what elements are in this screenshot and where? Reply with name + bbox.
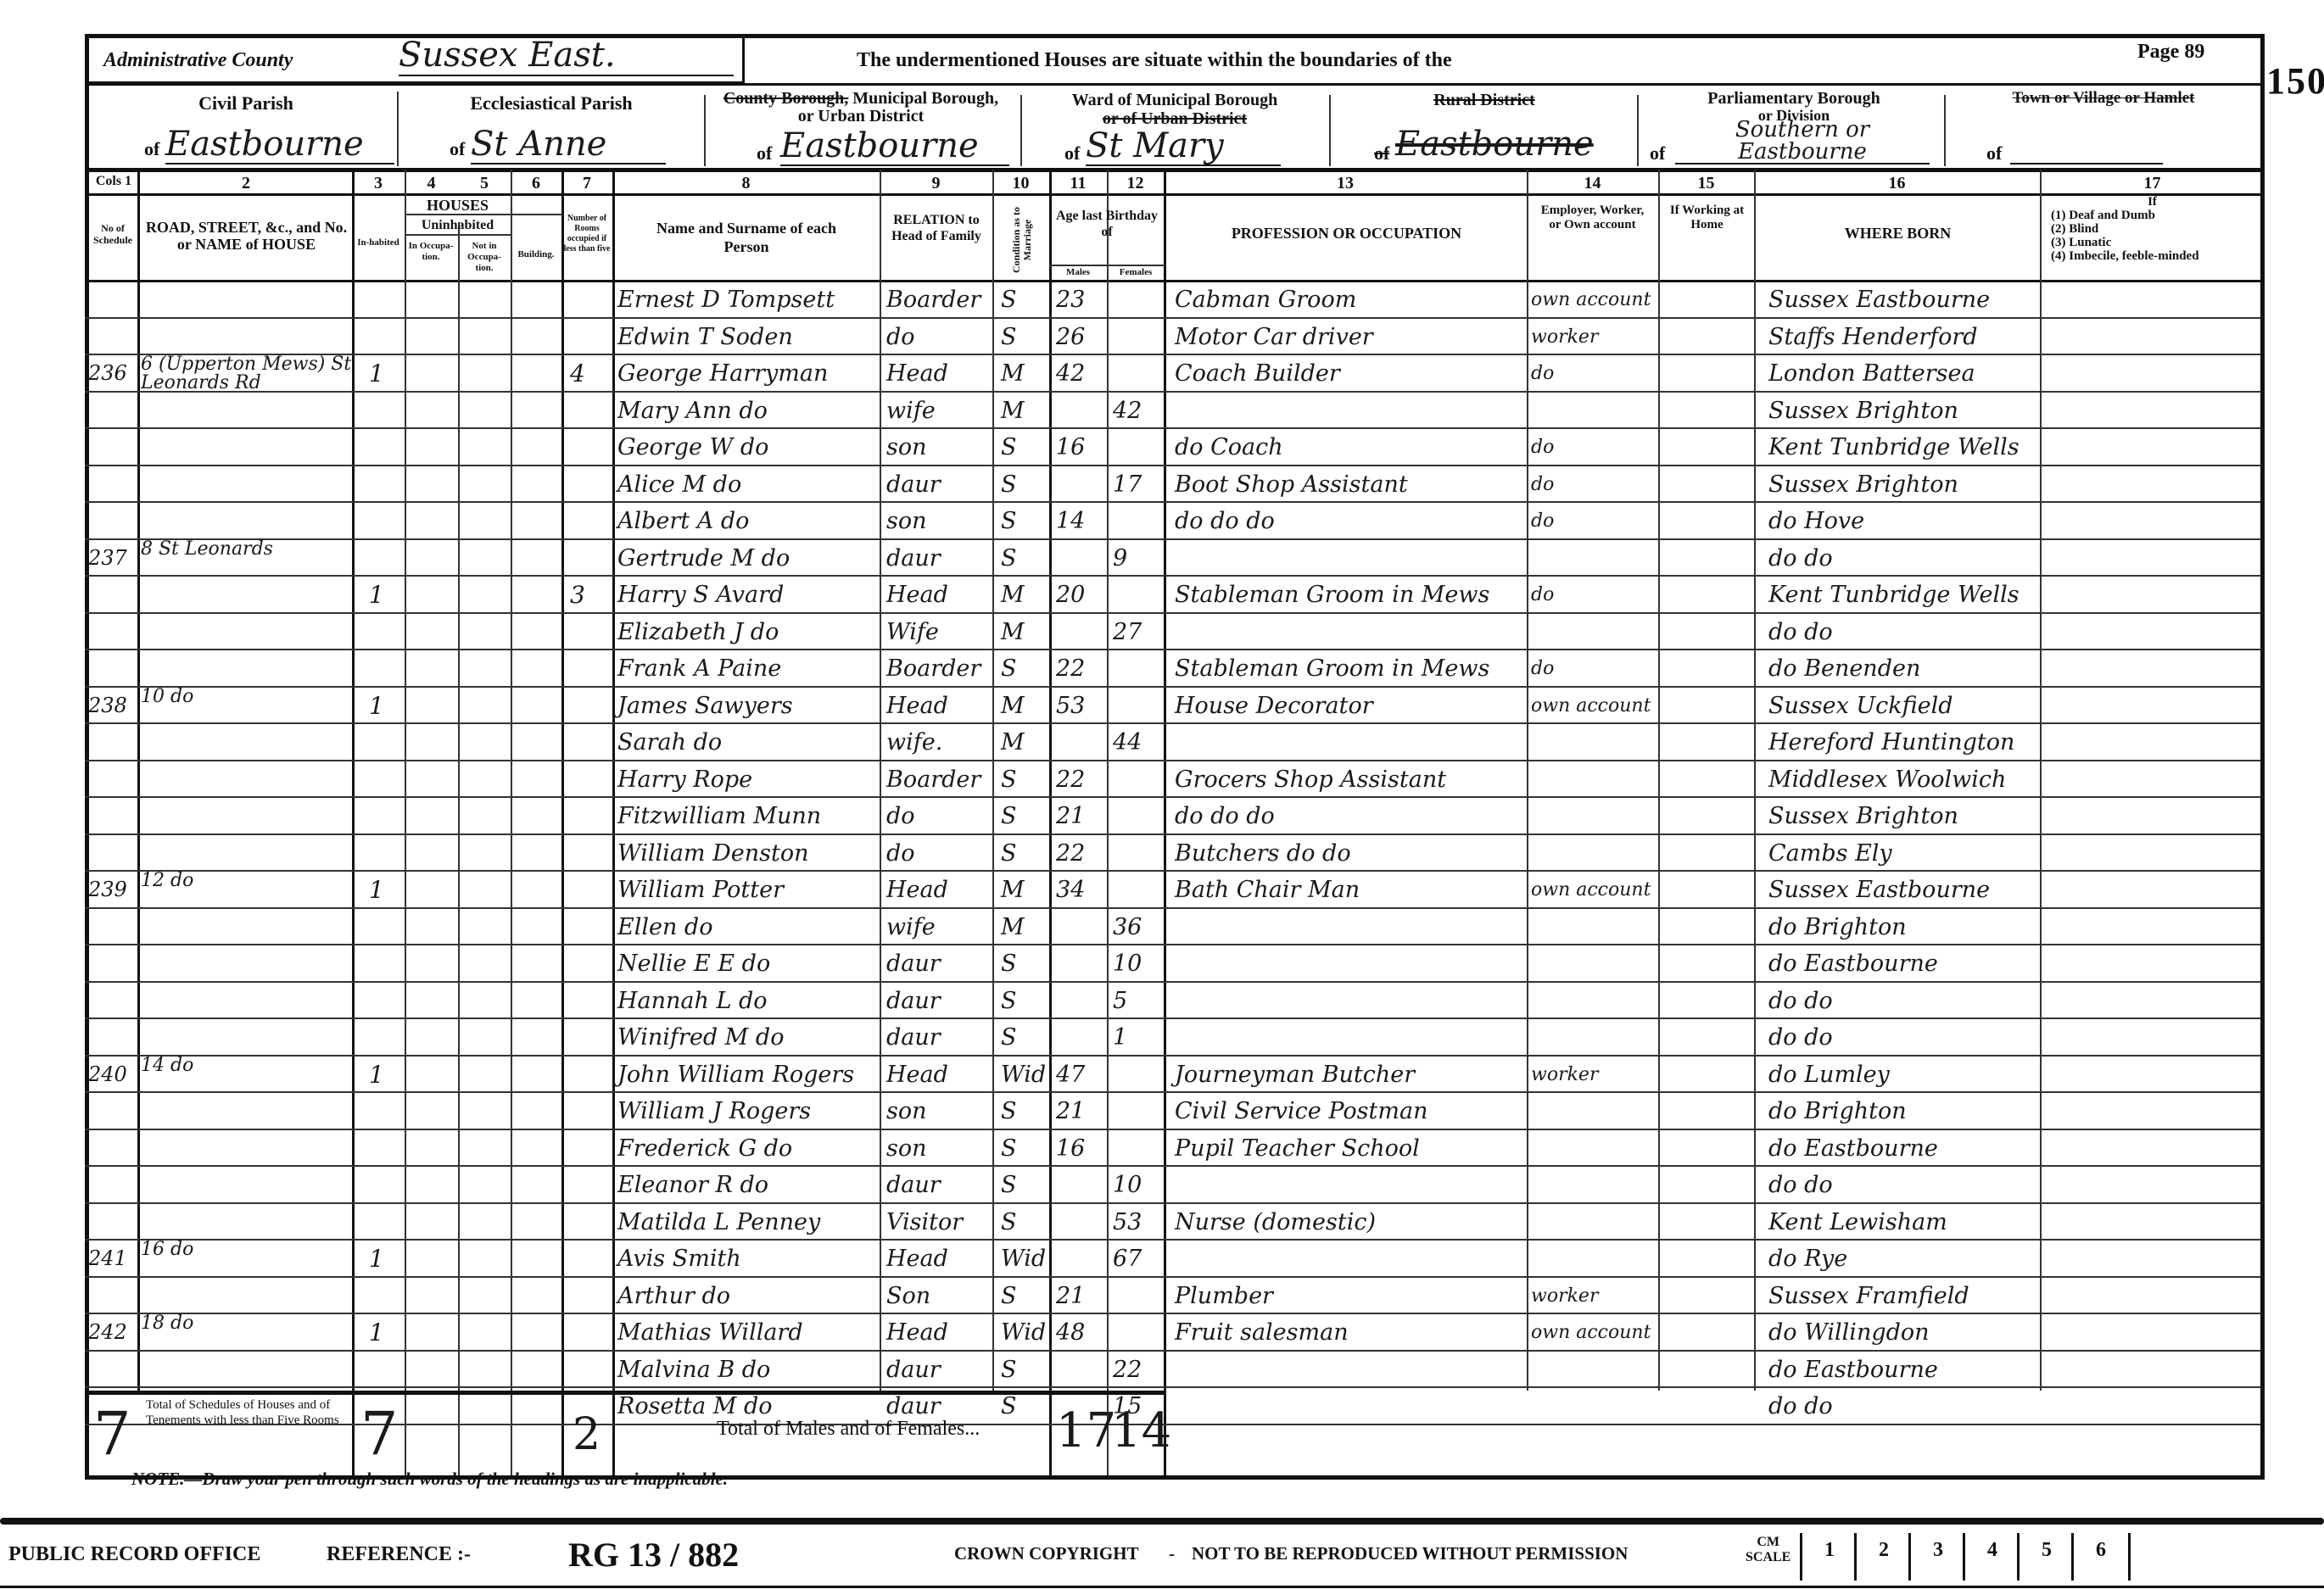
age-male (1056, 724, 1107, 761)
employment-status: worker (1531, 1278, 1658, 1315)
age-male: 21 (1056, 1093, 1107, 1130)
schedule-number: 238 (88, 688, 137, 725)
marital-condition: Wid (1001, 1057, 1052, 1094)
rural-district-label: Rural District (1340, 90, 1628, 110)
age-male: 47 (1056, 1057, 1107, 1094)
inhabited-count (369, 650, 403, 688)
address (141, 945, 353, 983)
inhabited-count: 1 (369, 872, 403, 909)
birthplace: Kent Tunbridge Wells (1768, 429, 2048, 466)
occupation: do do do (1175, 503, 1531, 540)
table-row: Winifred M dodaurS1do do (85, 1019, 2265, 1057)
table-row: Eleanor R dodaurS10do do (85, 1167, 2265, 1204)
person-name: Nellie E E do (617, 945, 880, 983)
inhabited-count (369, 1130, 403, 1168)
rooms-count (570, 909, 612, 946)
rooms-count (570, 393, 612, 430)
person-name: Edwin T Soden (617, 319, 880, 356)
age-male (1056, 945, 1107, 983)
col-head-males: Males (1050, 266, 1106, 278)
marital-condition: S (1001, 429, 1052, 466)
birthplace: Sussex Brighton (1768, 393, 2048, 430)
marital-condition: M (1001, 393, 1052, 430)
schedule-number (88, 1352, 137, 1389)
employment-status (1531, 761, 1658, 799)
marital-condition: S (1001, 540, 1052, 577)
col-head-relation: RELATION to Head of Family (882, 212, 991, 244)
rooms-count (570, 540, 612, 577)
table-row: Albert A dosonS14do do dododo Hove (85, 503, 2265, 540)
divider (405, 234, 511, 236)
rooms-count (570, 614, 612, 651)
schedule-number: 239 (88, 872, 137, 909)
age-female: 44 (1113, 724, 1164, 761)
occupation: Butchers do do (1175, 835, 1531, 873)
table-row: Malvina B dodaurS22do Eastbourne (85, 1352, 2265, 1389)
footer-permission: NOT TO BE REPRODUCED WITHOUT PERMISSION (1192, 1543, 1628, 1564)
age-male: 22 (1056, 650, 1107, 688)
relation: Boarder (886, 282, 992, 319)
marital-condition: M (1001, 577, 1052, 614)
person-name: James Sawyers (617, 688, 880, 725)
inhabited-count (369, 1093, 403, 1130)
table-row: Hannah L dodaurS5do do (85, 983, 2265, 1020)
age-male (1056, 466, 1107, 504)
col-head-females: Females (1108, 266, 1164, 278)
age-male: 20 (1056, 577, 1107, 614)
total-males: 17 (1056, 1403, 1116, 1458)
occupation: Motor Car driver (1175, 319, 1531, 356)
employment-status: own account (1531, 282, 1658, 319)
schedule-number (88, 1130, 137, 1168)
rooms-count (570, 798, 612, 835)
table-row: Ellen dowifeM36do Brighton (85, 909, 2265, 946)
occupation (1175, 1388, 1531, 1425)
total-inhabited: 7 (360, 1399, 399, 1469)
schedule-number: 237 (88, 540, 137, 577)
relation: Head (886, 688, 992, 725)
inhabited-count (369, 909, 403, 946)
infirmity-deaf: (1) Deaf and Dumb (2051, 209, 2263, 222)
age-female: 42 (1113, 393, 1164, 430)
schedule-number (88, 835, 137, 873)
age-female: 22 (1113, 1352, 1164, 1389)
col-number: 16 (1754, 174, 2040, 193)
occupation: Plumber (1175, 1278, 1531, 1315)
address (141, 393, 353, 430)
schedule-number (88, 909, 137, 946)
rural-district-prefix: of (1374, 142, 1389, 164)
age-male: 34 (1056, 872, 1107, 909)
rooms-count (570, 282, 612, 319)
age-male: 22 (1056, 835, 1107, 873)
col-head-name: Name and Surname of each Person (636, 219, 857, 256)
address (141, 835, 353, 873)
marital-condition: M (1001, 614, 1052, 651)
scale-label-cm: CM (1746, 1535, 1790, 1550)
relation: wife (886, 393, 992, 430)
address (141, 1204, 353, 1241)
employment-status (1531, 835, 1658, 873)
address (141, 1130, 353, 1168)
relation: Head (886, 577, 992, 614)
birthplace: do Willingdon (1768, 1314, 2048, 1352)
table-row: William J RogerssonS21Civil Service Post… (85, 1093, 2265, 1130)
col-head-inhabited: In-habited (353, 237, 404, 248)
total-schedules-label: Total of Schedules of Houses and of Tene… (146, 1397, 345, 1428)
col-number: Cols 1 (88, 174, 139, 189)
divider (89, 83, 2265, 86)
note-text: NOTE.—Draw your pen through such words o… (131, 1469, 728, 1490)
table-row: Matilda L PenneyVisitorS53Nurse (domesti… (85, 1204, 2265, 1241)
birthplace: Sussex Eastbourne (1768, 872, 2048, 909)
age-male (1056, 540, 1107, 577)
col-number: 12 (1107, 174, 1164, 193)
birthplace: do do (1768, 1167, 2048, 1204)
ward-prefix: of (1064, 142, 1080, 164)
rooms-count (570, 1278, 612, 1315)
civil-parish-prefix: of (144, 138, 159, 160)
marital-condition: M (1001, 355, 1052, 393)
divider (1637, 95, 1639, 166)
admin-county-label: Administrative County (103, 49, 293, 72)
schedule-number (88, 282, 137, 319)
age-female (1113, 650, 1164, 688)
birthplace: do Eastbourne (1768, 1352, 2048, 1389)
birthplace: do Eastbourne (1768, 945, 2048, 983)
col-number: 3 (352, 174, 405, 193)
marital-condition: S (1001, 1278, 1052, 1315)
col-head-road: ROAD, STREET, &c., and No. or NAME of HO… (142, 219, 350, 253)
age-male: 23 (1056, 282, 1107, 319)
person-name: William Potter (617, 872, 880, 909)
col-number: 8 (612, 174, 880, 193)
schedule-number (88, 983, 137, 1020)
person-name: Harry S Avard (617, 577, 880, 614)
age-female (1113, 761, 1164, 799)
marital-condition: S (1001, 945, 1052, 983)
table-row: Ernest D TompsettBoarderS23Cabman Groomo… (85, 282, 2265, 319)
age-male (1056, 1241, 1107, 1278)
relation: daur (886, 983, 992, 1020)
schedule-number (88, 577, 137, 614)
occupation (1175, 1241, 1531, 1278)
marital-condition: S (1001, 761, 1052, 799)
ward-label: Ward of Municipal Borough (1031, 90, 1319, 110)
marital-condition: Wid (1001, 1241, 1052, 1278)
occupation (1175, 909, 1531, 946)
employment-status (1531, 1167, 1658, 1204)
birthplace: do do (1768, 540, 2048, 577)
schedule-number: 241 (88, 1241, 137, 1278)
col-head-in-occupation: In Occupa-tion. (405, 241, 456, 263)
rooms-count (570, 1204, 612, 1241)
inhabited-count (369, 1352, 403, 1389)
person-name: Ernest D Tompsett (617, 282, 880, 319)
divider (405, 214, 561, 215)
age-male: 42 (1056, 355, 1107, 393)
relation: Head (886, 355, 992, 393)
occupation: do Coach (1175, 429, 1531, 466)
occupation: Cabman Groom (1175, 282, 1531, 319)
birthplace: do Eastbourne (1768, 1130, 2048, 1168)
schedule-number (88, 798, 137, 835)
employment-status (1531, 614, 1658, 651)
table-row: Frederick G dosonS16Pupil Teacher School… (85, 1130, 2265, 1168)
address (141, 724, 353, 761)
marital-condition: S (1001, 1019, 1052, 1057)
occupation (1175, 540, 1531, 577)
table-row: Elizabeth J doWifeM27do do (85, 614, 2265, 651)
rooms-count (570, 1093, 612, 1130)
age-female: 36 (1113, 909, 1164, 946)
marital-condition: S (1001, 1204, 1052, 1241)
col-number: 11 (1049, 174, 1107, 193)
address (141, 466, 353, 504)
col-head-schedule: No of Schedule (88, 222, 137, 246)
age-female: 1 (1113, 1019, 1164, 1057)
occupation (1175, 1167, 1531, 1204)
footer-dash: - (1169, 1543, 1175, 1564)
employment-status: do (1531, 503, 1658, 540)
address (141, 429, 353, 466)
address (141, 761, 353, 799)
age-male: 21 (1056, 798, 1107, 835)
col-number: 10 (992, 174, 1049, 193)
employment-status (1531, 909, 1658, 946)
address: 14 do (141, 1057, 353, 1094)
inhabited-count (369, 761, 403, 799)
total-females: 14 (1111, 1403, 1171, 1458)
occupation: Fruit salesman (1175, 1314, 1531, 1352)
infirmity-lunatic: (3) Lunatic (2051, 236, 2263, 249)
birthplace: do Brighton (1768, 1093, 2048, 1130)
employment-status (1531, 1388, 1658, 1425)
table-row: 23912 do1William PotterHeadM34Bath Chair… (85, 872, 2265, 909)
person-name: William J Rogers (617, 1093, 880, 1130)
age-male (1056, 614, 1107, 651)
footer-office: PUBLIC RECORD OFFICE (8, 1543, 260, 1566)
divider (397, 92, 399, 166)
col-number: 13 (1164, 174, 1527, 193)
parliamentary-value: Southern or Eastbourne (1675, 119, 1930, 164)
divider (704, 95, 706, 166)
person-name: Frederick G do (617, 1130, 880, 1168)
inhabited-count (369, 1019, 403, 1057)
scale-tick: 1 (1800, 1533, 1857, 1581)
rooms-count (570, 1019, 612, 1057)
rooms-count: 3 (570, 577, 612, 614)
birthplace: do do (1768, 1019, 2048, 1057)
inhabited-count: 1 (369, 1314, 403, 1352)
col-head-not-in-occupation: Not in Occupa-tion. (459, 241, 510, 274)
birthplace: Sussex Brighton (1768, 466, 2048, 504)
inhabited-count (369, 983, 403, 1020)
relation: Son (886, 1278, 992, 1315)
inhabited-count (369, 614, 403, 651)
relation: daur (886, 1019, 992, 1057)
age-female (1113, 1057, 1164, 1094)
inhabited-count: 1 (369, 355, 403, 393)
age-male: 21 (1056, 1278, 1107, 1315)
person-name: George Harryman (617, 355, 880, 393)
relation: daur (886, 466, 992, 504)
col-head-building: Building. (511, 246, 561, 263)
age-female (1113, 319, 1164, 356)
address (141, 983, 353, 1020)
person-name: George W do (617, 429, 880, 466)
age-female (1113, 872, 1164, 909)
marital-condition: Wid (1001, 1314, 1052, 1352)
footer-reference: RG 13 / 882 (568, 1535, 739, 1575)
age-female: 53 (1113, 1204, 1164, 1241)
rooms-count: 4 (570, 355, 612, 393)
table-row: Mary Ann dowifeM42Sussex Brighton (85, 393, 2265, 430)
person-name: Hannah L do (617, 983, 880, 1020)
rooms-count (570, 466, 612, 504)
relation: Head (886, 1057, 992, 1094)
col-head-houses: HOUSES (405, 197, 511, 214)
inhabited-count (369, 282, 403, 319)
address (141, 1019, 353, 1057)
schedule-number (88, 466, 137, 504)
total-rooms: 2 (573, 1409, 601, 1460)
inhabited-count (369, 466, 403, 504)
inhabited-count: 1 (369, 688, 403, 725)
occupation: do do do (1175, 798, 1531, 835)
address (141, 1093, 353, 1130)
relation: son (886, 1093, 992, 1130)
schedule-number: 236 (88, 355, 137, 393)
marital-condition: S (1001, 503, 1052, 540)
schedule-number (88, 650, 137, 688)
occupation: Boot Shop Assistant (1175, 466, 1531, 504)
person-name: Elizabeth J do (617, 614, 880, 651)
occupation: Journeyman Butcher (1175, 1057, 1531, 1094)
age-female: 17 (1113, 466, 1164, 504)
divider (89, 1391, 1166, 1395)
schedule-number (88, 393, 137, 430)
age-male: 48 (1056, 1314, 1107, 1352)
col-number: 5 (458, 174, 511, 193)
ecclesiastical-parish-label: Ecclesiastical Parish (433, 93, 670, 114)
table-row: Fitzwilliam MunndoS21do do doSussex Brig… (85, 798, 2265, 835)
occupation: Coach Builder (1175, 355, 1531, 393)
schedule-number: 240 (88, 1057, 137, 1094)
divider (1020, 95, 1022, 166)
employment-status: do (1531, 466, 1658, 504)
inhabited-count (369, 319, 403, 356)
admin-county-value: Sussex East. (399, 36, 734, 76)
relation: Wife (886, 614, 992, 651)
rooms-count (570, 319, 612, 356)
person-name: Matilda L Penney (617, 1204, 880, 1241)
table-row: Harry RopeBoarderS22Grocers Shop Assista… (85, 761, 2265, 799)
table-row: William DenstondoS22Butchers do doCambs … (85, 835, 2265, 873)
inhabited-count (369, 798, 403, 835)
birthplace: do Benenden (1768, 650, 2048, 688)
occupation: Stableman Groom in Mews (1175, 650, 1531, 688)
schedule-number: 242 (88, 1314, 137, 1352)
rooms-count (570, 724, 612, 761)
total-schedules: 7 (93, 1399, 131, 1469)
schedule-number (88, 614, 137, 651)
occupation: Bath Chair Man (1175, 872, 1531, 909)
employment-status: do (1531, 650, 1658, 688)
relation: Boarder (886, 761, 992, 799)
rooms-count (570, 1352, 612, 1389)
table-row: Alice M dodaurS17Boot Shop AssistantdoSu… (85, 466, 2265, 504)
inhabited-count (369, 540, 403, 577)
age-female (1113, 429, 1164, 466)
rooms-count (570, 650, 612, 688)
occupation (1175, 614, 1531, 651)
col-head-where-born: WHERE BORN (1764, 225, 2031, 242)
county-borough-struck: County Borough, (723, 89, 848, 108)
age-male: 16 (1056, 429, 1107, 466)
schedule-number (88, 1019, 137, 1057)
rooms-count (570, 1167, 612, 1204)
town-village-value (2010, 146, 2163, 164)
birthplace: Sussex Eastbourne (1768, 282, 2048, 319)
employment-status (1531, 1130, 1658, 1168)
inhabited-count: 1 (369, 577, 403, 614)
relation: son (886, 503, 992, 540)
col-head-working-at-home: If Working at Home (1667, 204, 1747, 232)
address: 10 do (141, 688, 353, 725)
marital-condition: S (1001, 1093, 1052, 1130)
footer-scale-label: CM SCALE (1746, 1535, 1790, 1565)
person-name: Ellen do (617, 909, 880, 946)
inhabited-count (369, 724, 403, 761)
age-male: 26 (1056, 319, 1107, 356)
employment-status (1531, 1019, 1658, 1057)
folio-number: 150 (2266, 59, 2324, 103)
address (141, 650, 353, 688)
table-row: Nellie E E dodaurS10do Eastbourne (85, 945, 2265, 983)
table-row: 2378 St LeonardsGertrude M dodaurS9do do (85, 540, 2265, 577)
total-males-females-label: Total of Males and of Females... (717, 1418, 980, 1441)
marital-condition: S (1001, 282, 1052, 319)
town-village-prefix: of (1986, 142, 2002, 164)
rooms-count (570, 429, 612, 466)
schedule-number (88, 1093, 137, 1130)
schedule-number (88, 761, 137, 799)
address (141, 909, 353, 946)
rooms-count (570, 945, 612, 983)
col-number: 6 (511, 174, 561, 193)
relation: Boarder (886, 650, 992, 688)
birthplace: Cambs Ely (1768, 835, 2048, 873)
rooms-count (570, 761, 612, 799)
infirmity-imbecile: (4) Imbecile, feeble-minded (2051, 249, 2263, 263)
county-borough-prefix: of (757, 142, 772, 164)
birthplace: do Hove (1768, 503, 2048, 540)
employment-status (1531, 1241, 1658, 1278)
table-row: 23810 do1James SawyersHeadM53House Decor… (85, 688, 2265, 725)
scale-tick: 6 (2071, 1533, 2131, 1581)
employment-status (1531, 1352, 1658, 1389)
address (141, 1352, 353, 1389)
scale-tick: 2 (1854, 1533, 1911, 1581)
occupation: Stableman Groom in Mews (1175, 577, 1531, 614)
table-row: Frank A PaineBoarderS22Stableman Groom i… (85, 650, 2265, 688)
relation: Visitor (886, 1204, 992, 1241)
address (141, 798, 353, 835)
marital-condition: S (1001, 983, 1052, 1020)
inhabited-count (369, 945, 403, 983)
relation: daur (886, 1352, 992, 1389)
